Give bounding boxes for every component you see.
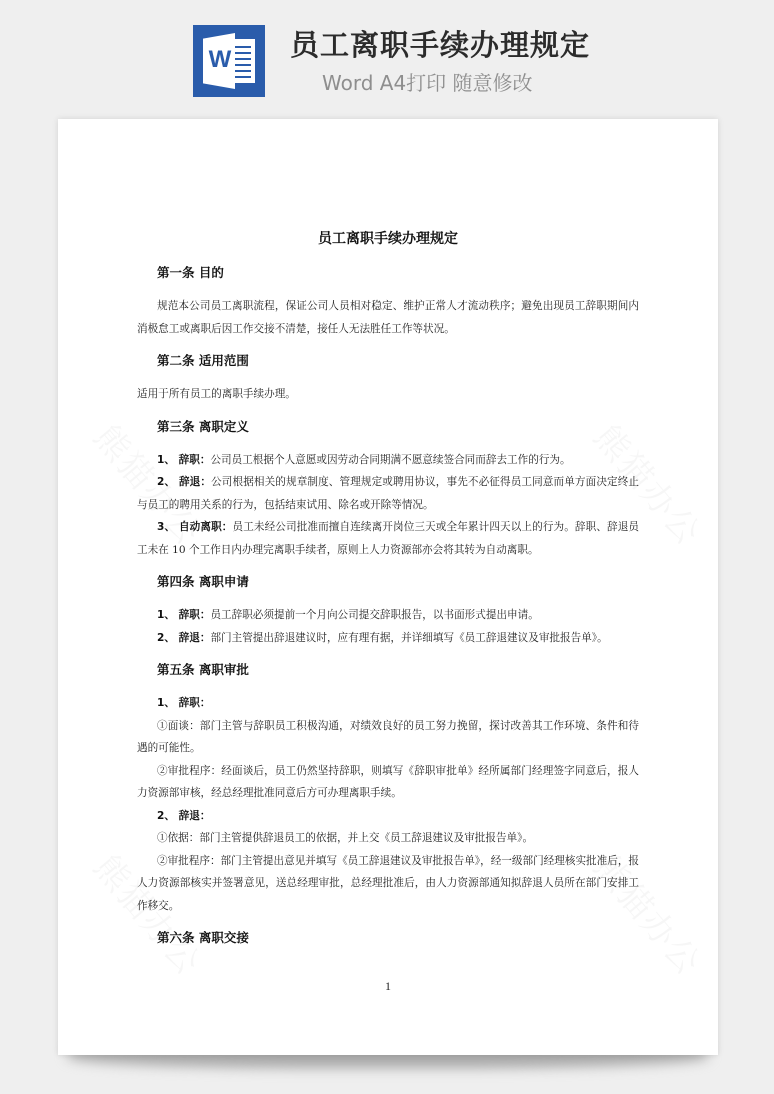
item-text: 公司员工根据个人意愿或因劳动合同期满不愿意续签合同而辞去工作的行为。	[210, 454, 570, 466]
item-number: 2、	[157, 810, 179, 822]
section-heading: 第四条 离职申请	[137, 572, 639, 592]
document-body: 员工离职手续办理规定 第一条 目的 规范本公司员工离职流程，保证公司人员相对稳定…	[137, 229, 639, 960]
item-term: 辞职：	[179, 609, 211, 621]
item-term: 辞退：	[179, 476, 211, 488]
paragraph: 规范本公司员工离职流程，保证公司人员相对稳定、维护正常人才流动秩序；避免出现员工…	[137, 295, 639, 340]
paragraph: ②审批程序：部门主管提出意见并填写《员工辞退建议及审批报告单》，经一级部门经理核…	[137, 850, 639, 918]
item-term: 辞职：	[179, 697, 211, 709]
section-heading: 第二条 适用范围	[137, 351, 639, 371]
item-term: 辞职：	[179, 454, 211, 466]
item-number: 2、	[157, 632, 179, 644]
item-text: 部门主管提出辞退建议时，应有理有据，并详细填写《员工辞退建议及审批报告单》。	[210, 632, 607, 644]
paragraph: ①依据：部门主管提供辞退员工的依据，并上交《员工辞退建议及审批报告单》。	[137, 827, 639, 850]
document-page: 熊猫办公 熊猫办公 熊猫办公 熊猫办公 员工离职手续办理规定 第一条 目的 规范…	[58, 119, 718, 1055]
section-heading: 第六条 离职交接	[137, 928, 639, 948]
application-item: 1、 辞职：员工辞职必须提前一个月向公司提交辞职报告，以书面形式提出申请。	[137, 604, 639, 627]
item-number: 1、	[157, 454, 179, 466]
item-number: 1、	[157, 697, 179, 709]
section-heading: 第一条 目的	[137, 263, 639, 283]
paragraph: ①面谈：部门主管与辞职员工积极沟通，对绩效良好的员工努力挽留，探讨改善其工作环境…	[137, 715, 639, 760]
document-title: 员工离职手续办理规定	[137, 229, 639, 249]
section-heading: 第三条 离职定义	[137, 417, 639, 437]
definition-item: 3、 自动离职：员工未经公司批准而擅自连续离开岗位三天或全年累计四天以上的行为。…	[137, 516, 639, 561]
item-term: 辞退：	[179, 632, 211, 644]
item-number: 1、	[157, 609, 179, 621]
section-heading: 第五条 离职审批	[137, 660, 639, 680]
page-number: 1	[58, 979, 718, 994]
header-banner: W 员工离职手续办理规定 Word A4打印 随意修改	[0, 0, 774, 119]
item-text: 员工辞职必须提前一个月向公司提交辞职报告，以书面形式提出申请。	[210, 609, 538, 621]
approval-subheading: 2、 辞退：	[137, 805, 639, 828]
logo-letter: W	[206, 47, 234, 73]
application-item: 2、 辞退：部门主管提出辞退建议时，应有理有据，并详细填写《员工辞退建议及审批报…	[137, 627, 639, 650]
banner-title: 员工离职手续办理规定	[290, 25, 590, 65]
item-term: 自动离职：	[179, 521, 233, 533]
definition-item: 2、 辞退：公司根据相关的规章制度、管理规定或聘用协议，事先不必征得员工同意而单…	[137, 471, 639, 516]
item-term: 辞退：	[179, 810, 211, 822]
item-number: 3、	[157, 521, 179, 533]
item-text: 公司根据相关的规章制度、管理规定或聘用协议，事先不必征得员工同意而单方面决定终止…	[137, 476, 639, 511]
paragraph: ②审批程序：经面谈后，员工仍然坚持辞职，则填写《辞职审批单》经所属部门经理签字同…	[137, 760, 639, 805]
item-number: 2、	[157, 476, 179, 488]
paragraph: 适用于所有员工的离职手续办理。	[137, 383, 639, 406]
banner-subtitle: Word A4打印 随意修改	[322, 69, 533, 97]
word-document-icon: W	[193, 25, 265, 97]
definition-item: 1、 辞职：公司员工根据个人意愿或因劳动合同期满不愿意续签合同而辞去工作的行为。	[137, 449, 639, 472]
approval-subheading: 1、 辞职：	[137, 692, 639, 715]
